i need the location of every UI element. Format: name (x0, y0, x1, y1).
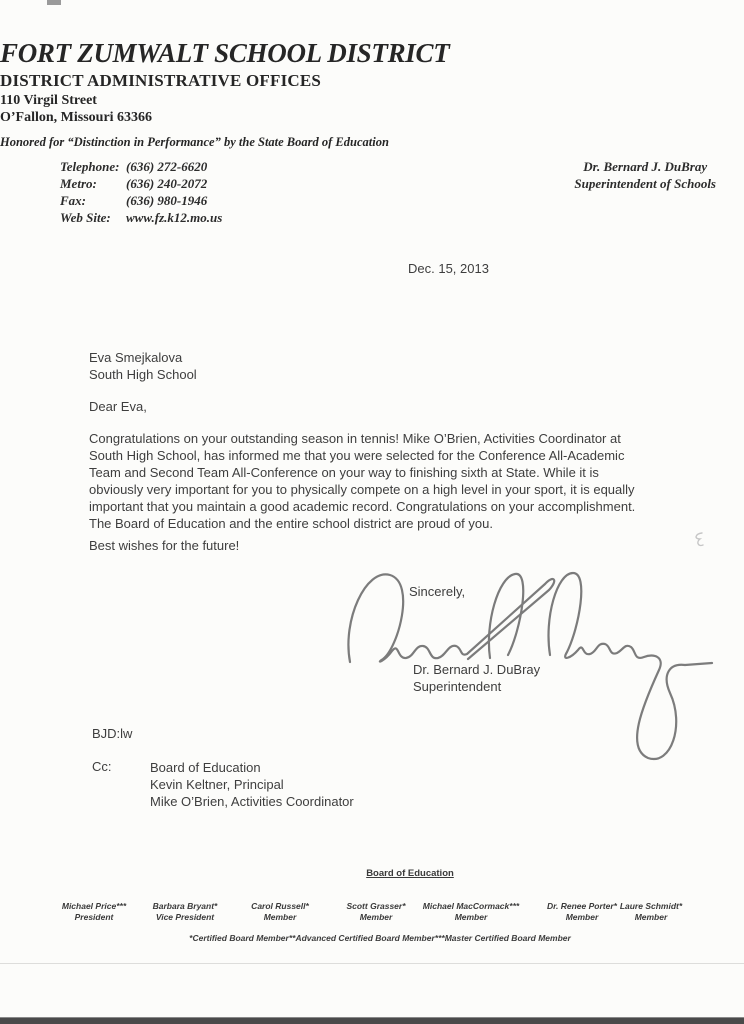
contact-label: Fax: (60, 192, 126, 209)
board-member-role: Vice President (153, 912, 218, 923)
cc-entry: Mike O’Brien, Activities Coordinator (150, 793, 354, 810)
cc-entry: Kevin Keltner, Principal (150, 776, 354, 793)
letter-body: Congratulations on your outstanding seas… (89, 430, 635, 532)
superintendent-name: Dr. Bernard J. DuBray (574, 158, 716, 175)
board-member-role: President (62, 912, 126, 923)
board-member-role: Member (251, 912, 309, 923)
office-name: DISTRICT ADMINISTRATIVE OFFICES (0, 71, 640, 91)
body-line: South High School, has informed me that … (89, 447, 635, 464)
contact-block: Telephone: (636) 272-6620 Metro: (636) 2… (60, 158, 222, 226)
superintendent-block: Dr. Bernard J. DuBray Superintendent of … (574, 158, 716, 192)
signer-name: Dr. Bernard J. DuBray (413, 661, 540, 678)
address-street: 110 Virgil Street (0, 93, 640, 109)
district-name: FORT ZUMWALT SCHOOL DISTRICT (0, 38, 640, 69)
board-member-name: Michael Price*** (62, 901, 126, 912)
contact-row-metro: Metro: (636) 240-2072 (60, 175, 222, 192)
website-url: www.fz.k12.mo.us (126, 209, 222, 226)
board-member-role: Member (346, 912, 405, 923)
signer-block: Dr. Bernard J. DuBray Superintendent (413, 661, 540, 695)
scan-artifact-line (0, 963, 744, 964)
board-member-role: Member (547, 912, 617, 923)
body-line: Congratulations on your outstanding seas… (89, 430, 635, 447)
board-member-name: Michael MacCormack*** (423, 901, 519, 912)
board-member-role: Member (620, 912, 682, 923)
reference-initials: BJD:lw (92, 726, 132, 741)
board-member: Scott Grasser* Member (346, 901, 405, 923)
contact-value: (636) 272-6620 (126, 158, 207, 175)
board-member-name: Scott Grasser* (346, 901, 405, 912)
board-member-name: Carol Russell* (251, 901, 309, 912)
board-footnote: *Certified Board Member**Advanced Certif… (189, 933, 571, 943)
contact-row-telephone: Telephone: (636) 272-6620 (60, 158, 222, 175)
board-member: Michael MacCormack*** Member (423, 901, 519, 923)
board-member-name: Dr. Renee Porter* (547, 901, 617, 912)
contact-label: Telephone: (60, 158, 126, 175)
body-line: important that you maintain a good acade… (89, 498, 635, 515)
letter-date: Dec. 15, 2013 (408, 261, 489, 276)
body-line: obviously very important for you to phys… (89, 481, 635, 498)
cc-entry: Board of Education (150, 759, 354, 776)
body-line: Team and Second Team All-Conference on y… (89, 464, 635, 481)
salutation: Dear Eva, (89, 399, 147, 414)
board-member: Carol Russell* Member (251, 901, 309, 923)
board-member: Laure Schmidt* Member (620, 901, 682, 923)
recipient-block: Eva Smejkalova South High School (89, 349, 197, 383)
board-member: Barbara Bryant* Vice President (153, 901, 218, 923)
board-member: Dr. Renee Porter* Member (547, 901, 617, 923)
recipient-name: Eva Smejkalova (89, 349, 197, 366)
contact-value: (636) 240-2072 (126, 175, 207, 192)
contact-row-fax: Fax: (636) 980-1946 (60, 192, 222, 209)
honor-line: Honored for “Distinction in Performance”… (0, 135, 640, 150)
contact-label: Web Site: (60, 209, 126, 226)
cc-label: Cc: (92, 759, 112, 774)
scanned-letter-page: FORT ZUMWALT SCHOOL DISTRICT DISTRICT AD… (0, 0, 744, 1024)
board-heading: Board of Education (366, 868, 454, 879)
closing-line: Best wishes for the future! (89, 538, 239, 553)
board-member: Michael Price*** President (62, 901, 126, 923)
recipient-school: South High School (89, 366, 197, 383)
scan-artifact-bottom-bar (0, 1017, 744, 1024)
cc-list: Board of Education Kevin Keltner, Princi… (150, 759, 354, 810)
signer-title: Superintendent (413, 678, 540, 695)
pencil-mark (692, 531, 706, 549)
board-member-name: Laure Schmidt* (620, 901, 682, 912)
address-city: O’Fallon, Missouri 63366 (0, 110, 640, 126)
contact-label: Metro: (60, 175, 126, 192)
contact-value: (636) 980-1946 (126, 192, 207, 209)
board-member-role: Member (423, 912, 519, 923)
board-member-name: Barbara Bryant* (153, 901, 218, 912)
contact-row-website: Web Site: www.fz.k12.mo.us (60, 209, 222, 226)
body-line: The Board of Education and the entire sc… (89, 515, 635, 532)
scan-artifact-top-mark (47, 0, 61, 5)
superintendent-title: Superintendent of Schools (574, 175, 716, 192)
